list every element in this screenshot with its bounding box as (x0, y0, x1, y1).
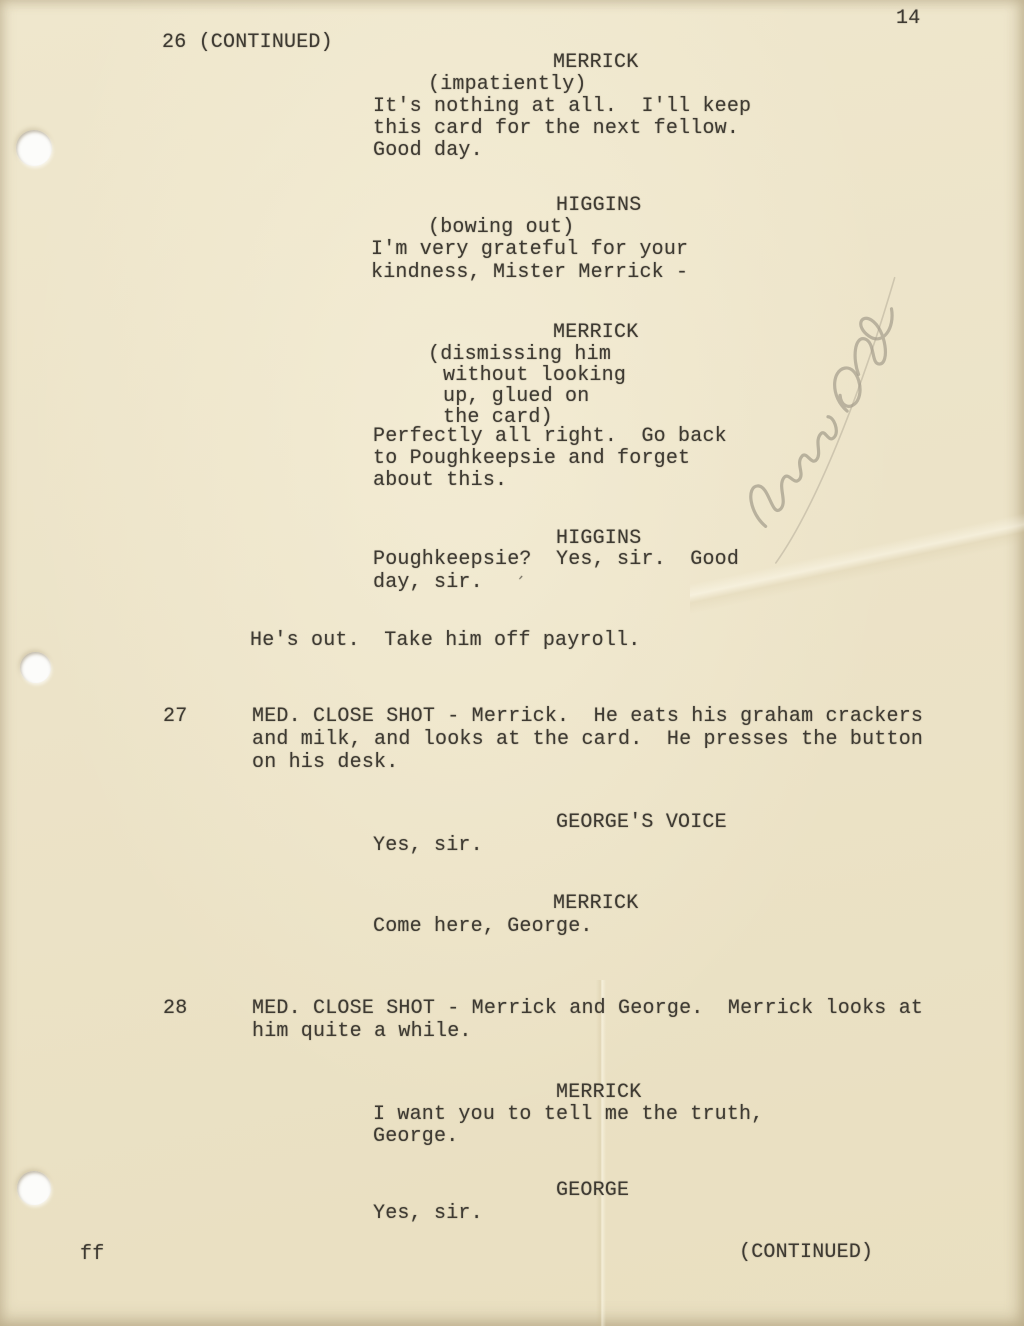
scene-number: 27 (163, 706, 187, 728)
dialogue-line: Good day. (373, 140, 483, 162)
scene-description-line: MED. CLOSE SHOT - Merrick and George. Me… (252, 998, 923, 1020)
punch-hole (16, 130, 52, 166)
character-name: MERRICK (553, 52, 638, 74)
scene-description-line: MED. CLOSE SHOT - Merrick. He eats his g… (252, 706, 923, 728)
script-page: 14 26 (CONTINUED) MERRICK (impatiently) … (0, 0, 1024, 1326)
dialogue-line: I want you to tell me the truth, (373, 1104, 763, 1126)
dialogue-line: Come here, George. (373, 916, 593, 938)
paper-crease (596, 980, 606, 1326)
dialogue-line: I'm very grateful for your (371, 239, 688, 261)
parenthetical: (dismissing him (428, 344, 611, 366)
scene-description-line: on his desk. (252, 752, 398, 774)
punch-hole (20, 652, 51, 683)
dialogue-line: Yes, sir. (373, 835, 483, 857)
character-name: HIGGINS (556, 528, 641, 550)
dialogue-line: Poughkeepsie? Yes, sir. Good (373, 549, 739, 571)
dialogue-line: to Poughkeepsie and forget (373, 448, 690, 470)
dialogue-line: Yes, sir. (373, 1203, 483, 1225)
stray-typewriter-mark: ' (508, 570, 528, 592)
dialogue-line: kindness, Mister Merrick - (371, 262, 688, 284)
dialogue-line: Perfectly all right. Go back (373, 426, 727, 448)
character-name: MERRICK (553, 322, 638, 344)
action-line: He's out. Take him off payroll. (250, 630, 640, 652)
scene-continued-header: 26 (CONTINUED) (162, 32, 333, 54)
page-number: 14 (896, 8, 920, 30)
dialogue-line: It's nothing at all. I'll keep (373, 96, 751, 118)
dialogue-line: day, sir. (373, 572, 483, 594)
parenthetical: without looking (443, 365, 626, 387)
scene-description-line: him quite a while. (252, 1021, 472, 1043)
parenthetical: up, glued on (443, 386, 589, 408)
character-name: MERRICK (556, 1082, 641, 1104)
punch-hole (17, 1171, 51, 1205)
character-name: GEORGE (556, 1180, 629, 1202)
dialogue-line: about this. (373, 470, 507, 492)
character-name: MERRICK (553, 893, 638, 915)
scene-number: 28 (163, 998, 187, 1020)
dialogue-line: this card for the next fellow. (373, 118, 739, 140)
continued-footer: (CONTINUED) (739, 1242, 873, 1264)
parenthetical: (impatiently) (428, 74, 587, 96)
dialogue-line: George. (373, 1126, 458, 1148)
character-name: GEORGE'S VOICE (556, 812, 727, 834)
scene-description-line: and milk, and looks at the card. He pres… (252, 729, 923, 751)
character-name: HIGGINS (556, 195, 641, 217)
typist-initials: ff (80, 1244, 104, 1266)
parenthetical: (bowing out) (428, 217, 574, 239)
